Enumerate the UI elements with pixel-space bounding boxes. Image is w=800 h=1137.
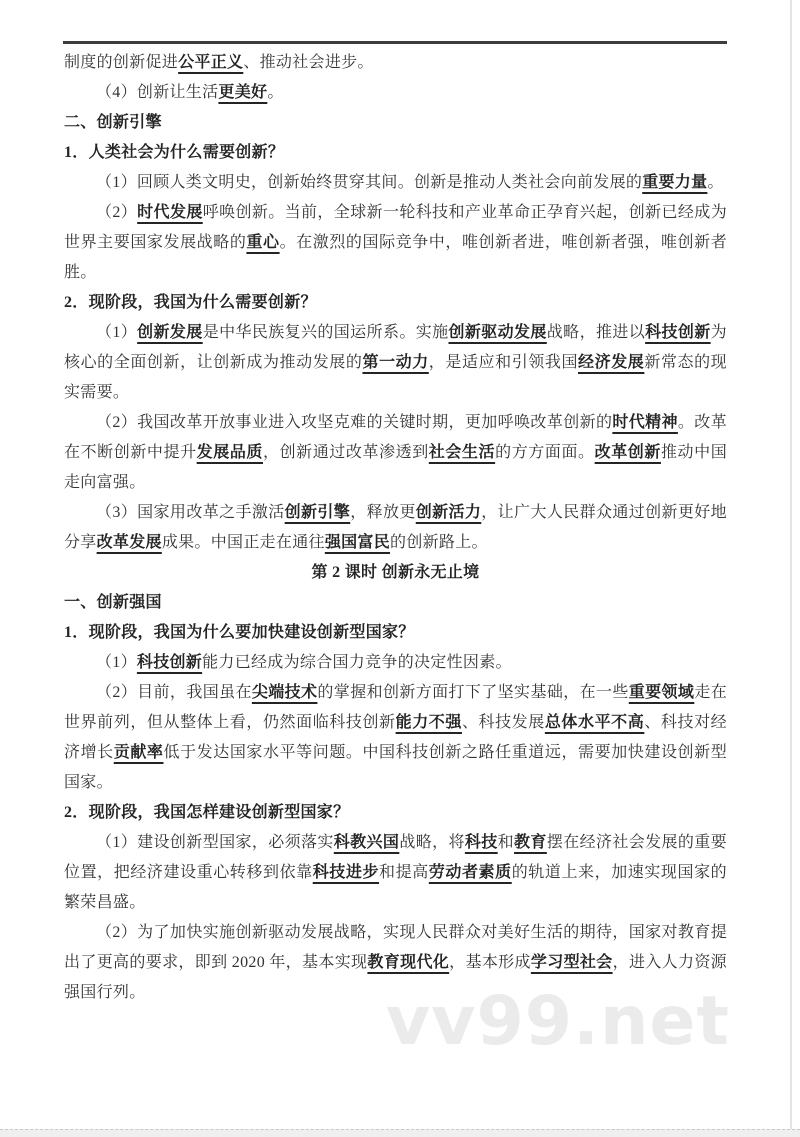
key-term: 时代发展 <box>137 204 203 221</box>
text-run: （1）回顾人类文明史，创新始终贯穿其间。创新是推动人类社会向前发展的 <box>96 174 642 191</box>
text-run: （2） <box>96 204 137 221</box>
paragraph: （1）科技创新能力已经成为综合国力竞争的决定性因素。 <box>64 648 727 678</box>
center-paragraph: 第 2 课时 创新永无止境 <box>64 558 727 588</box>
paragraph: （2）为了加快实施创新驱动发展战略，实现人民群众对美好生活的期待，国家对教育提出… <box>64 918 727 1008</box>
key-term: 劳动者素质 <box>429 864 512 881</box>
key-term: 创新活力 <box>416 504 482 521</box>
page-bottom-border <box>0 1129 800 1137</box>
text-run: 2．现阶段，我国为什么需要创新？ <box>64 294 317 311</box>
key-term: 教育 <box>514 834 547 851</box>
text-run: 能力已经成为综合国力竞争的决定性因素。 <box>202 654 512 671</box>
text-run: （3）国家用改革之手激活 <box>96 504 285 521</box>
key-term: 发展品质 <box>197 444 263 461</box>
text-run: 第 2 课时 创新永无止境 <box>312 564 480 581</box>
text-run: 和 <box>498 834 514 851</box>
key-term: 第一动力 <box>362 354 428 371</box>
text-run: 一、创新强国 <box>64 594 162 611</box>
key-term: 强国富民 <box>325 534 390 551</box>
document-page: vv99.net 制度的创新促进公平正义、推动社会进步。（4）创新让生活更美好。… <box>0 0 800 1137</box>
key-term: 更美好 <box>218 84 267 101</box>
heading-paragraph: 2．现阶段，我国怎样建设创新型国家？ <box>64 798 727 828</box>
document-body: 制度的创新促进公平正义、推动社会进步。（4）创新让生活更美好。二、创新引擎1．人… <box>64 48 727 1008</box>
key-term: 社会生活 <box>429 444 495 461</box>
text-run: （1） <box>96 324 137 341</box>
text-run: 的创新路上。 <box>390 534 488 551</box>
page-right-border <box>790 0 792 1137</box>
key-term: 科教兴国 <box>334 834 400 851</box>
heading-paragraph: 2．现阶段，我国为什么需要创新？ <box>64 288 727 318</box>
text-run: （1）建设创新型国家，必须落实 <box>96 834 334 851</box>
text-run: ，创新通过改革渗透到 <box>263 444 429 461</box>
text-run: ，释放更 <box>350 504 416 521</box>
text-run: 战略，将 <box>399 834 465 851</box>
key-term: 学习型社会 <box>531 954 613 971</box>
paragraph: （1）创新发展是中华民族复兴的国运所系。实施创新驱动发展战略，推进以科技创新为核… <box>64 318 727 408</box>
heading-paragraph: 二、创新引擎 <box>64 108 727 138</box>
paragraph: （2）我国改革开放事业进入攻坚克难的关键时期，更加呼唤改革创新的时代精神。改革在… <box>64 408 727 498</box>
key-term: 科技创新 <box>645 324 711 341</box>
paragraph: （1）建设创新型国家，必须落实科教兴国战略，将科技和教育摆在经济社会发展的重要位… <box>64 828 727 918</box>
text-run: （4）创新让生活 <box>96 84 218 101</box>
key-term: 科技创新 <box>137 654 202 671</box>
heading-paragraph: 1．人类社会为什么需要创新？ <box>64 138 727 168</box>
key-term: 公平正义 <box>178 54 243 71</box>
header-rule <box>63 41 727 44</box>
text-run: 二、创新引擎 <box>64 114 162 131</box>
key-term: 尖端技术 <box>252 684 318 701</box>
text-run: 和提高 <box>379 864 429 881</box>
key-term: 创新驱动发展 <box>448 324 546 341</box>
text-run: 制度的创新促进 <box>64 54 178 71</box>
text-run: ，基本形成 <box>449 954 531 971</box>
text-run: 1．现阶段，我国为什么要加快建设创新型国家？ <box>64 624 415 641</box>
text-run: 是中华民族复兴的国运所系。实施 <box>203 324 449 341</box>
key-term: 科技 <box>465 834 498 851</box>
text-run: （2）我国改革开放事业进入攻坚克难的关键时期，更加呼唤改革创新的 <box>96 414 612 431</box>
text-run: 、推动社会进步。 <box>243 54 373 71</box>
key-term: 创新发展 <box>137 324 203 341</box>
key-term: 经济发展 <box>578 354 644 371</box>
key-term: 能力不强 <box>396 714 462 731</box>
key-term: 科技进步 <box>313 864 379 881</box>
text-run: ，是适应和引领我国 <box>429 354 578 371</box>
text-run: 2．现阶段，我国怎样建设创新型国家？ <box>64 804 349 821</box>
key-term: 贡献率 <box>114 744 164 761</box>
paragraph: （4）创新让生活更美好。 <box>64 78 727 108</box>
key-term: 改革创新 <box>595 444 661 461</box>
paragraph: 制度的创新促进公平正义、推动社会进步。 <box>64 48 727 78</box>
paragraph: （2）时代发展呼唤创新。当前，全球新一轮科技和产业革命正孕育兴起，创新已经成为世… <box>64 198 727 288</box>
text-run: 。 <box>707 174 723 191</box>
heading-paragraph: 一、创新强国 <box>64 588 727 618</box>
text-run: （2）目前，我国虽在 <box>96 684 252 701</box>
key-term: 创新引擎 <box>285 504 351 521</box>
text-run: 成果。中国正走在通往 <box>162 534 325 551</box>
text-run: 。 <box>267 84 283 101</box>
text-run: （1） <box>96 654 137 671</box>
paragraph: （1）回顾人类文明史，创新始终贯穿其间。创新是推动人类社会向前发展的重要力量。 <box>64 168 727 198</box>
text-run: 低于发达国家水平等问题。中国科技创新之路任重道远，需要加快建设创新型国家。 <box>64 744 727 791</box>
key-term: 教育现代化 <box>367 954 449 971</box>
key-term: 时代精神 <box>612 414 678 431</box>
key-term: 重要力量 <box>642 174 707 191</box>
text-run: 1．人类社会为什么需要创新？ <box>64 144 284 161</box>
paragraph: （3）国家用改革之手激活创新引擎，释放更创新活力，让广大人民群众通过创新更好地分… <box>64 498 727 558</box>
key-term: 重心 <box>246 234 279 251</box>
key-term: 总体水平不高 <box>545 714 644 731</box>
text-run: 、科技发展 <box>462 714 545 731</box>
key-term: 重要领域 <box>629 684 695 701</box>
text-run: 战略，推进以 <box>547 324 645 341</box>
key-term: 改革发展 <box>97 534 162 551</box>
text-run: 的方方面面。 <box>495 444 595 461</box>
heading-paragraph: 1．现阶段，我国为什么要加快建设创新型国家？ <box>64 618 727 648</box>
text-run: 的掌握和创新方面打下了坚实基础，在一些 <box>317 684 628 701</box>
paragraph: （2）目前，我国虽在尖端技术的掌握和创新方面打下了坚实基础，在一些重要领域走在世… <box>64 678 727 798</box>
